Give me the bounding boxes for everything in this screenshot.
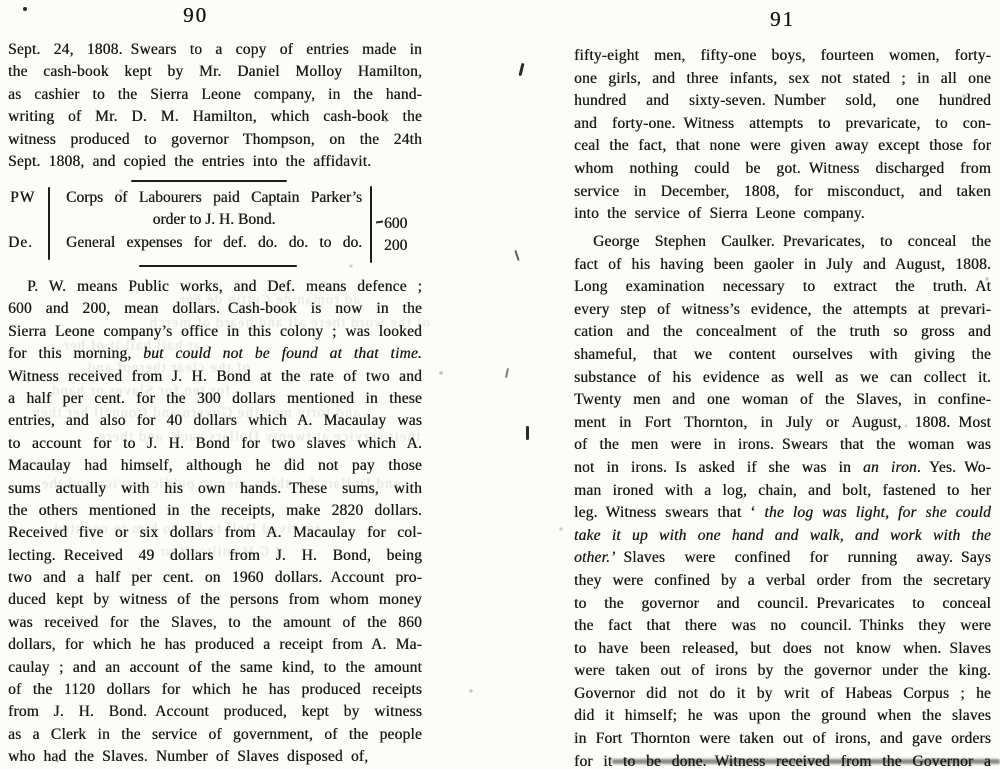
text-line: a half per cent. for the 300 dollars men… <box>8 388 422 410</box>
text-segment: hundred and sixty-seven. Number sold, on… <box>574 92 991 109</box>
text-segment: cation and the concealment of the truth … <box>574 323 991 340</box>
stray-ink-mark <box>518 63 524 76</box>
text-segment: . Yes. Wo- <box>917 459 991 476</box>
text-segment: to the governor and council. Prevaricate… <box>574 595 991 612</box>
text-segment: ment in Fort Thornton, in July or August… <box>574 414 991 431</box>
table-row2-label: De. <box>8 233 33 253</box>
text-segment: as a Clerk in the service of government,… <box>8 726 422 743</box>
table-row1-text-cont: order to J. H. Bond. <box>66 210 362 230</box>
text-segment: 600 and 200, mean dollars. Cash-book is … <box>8 300 422 317</box>
text-line: Governor did not do it by writ of Habeas… <box>574 683 991 706</box>
table-vertical-rule-left <box>48 187 50 260</box>
text-line: ceal the fact, that none were given away… <box>574 135 991 158</box>
text-line: Sierra Leone company’s office in this co… <box>8 321 422 343</box>
text-line: two and a half per cent. on 1960 dollars… <box>8 567 422 589</box>
paper-speckles <box>0 0 2 2</box>
text-line: service in December, 1808, for misconduc… <box>574 181 991 204</box>
text-line: to have been released, but does not know… <box>574 638 991 661</box>
table-vertical-rule-right <box>370 186 372 263</box>
text-segment: the cash-book kept by Mr. Daniel Molloy … <box>8 63 422 80</box>
text-line: fact of his having been gaoler in July a… <box>574 254 991 277</box>
text-line: one girls, and three infants, sex not st… <box>574 68 991 91</box>
text-line: they were confined by a verbal order fro… <box>574 570 991 593</box>
text-line: into the service of Sierra Leone company… <box>574 203 991 226</box>
text-line: from J. H. Bond. Account produced, kept … <box>8 701 422 723</box>
text-line: hundred and sixty-seven. Number sold, on… <box>574 90 991 113</box>
text-line: fifty-eight men, fifty-one boys, fourtee… <box>574 45 991 68</box>
text-segment: caulay ; and an account of the same kind… <box>8 659 422 676</box>
text-line: entries, and also for 40 dollars which A… <box>8 410 422 432</box>
text-segment: the others mentioned in the receipts, ma… <box>8 502 422 519</box>
text-segment: Governor did not do it by writ of Habeas… <box>574 685 991 702</box>
text-segment: as cashier to the Sierra Leone company, … <box>8 86 422 103</box>
text-line: and forty-one. Witness attempts to preva… <box>574 113 991 136</box>
page-90-paragraph-1: Sept. 24, 1808. Swears to a copy of entr… <box>8 39 422 173</box>
text-line: caulay ; and an account of the same kind… <box>8 657 422 679</box>
text-line: take it up with one hand and walk, and w… <box>574 525 991 548</box>
page-91-paragraph-1: fifty-eight men, fifty-one boys, fourtee… <box>574 45 991 226</box>
text-segment: Macaulay had himself, although he did no… <box>8 457 422 474</box>
text-segment: shameful, that we content ourselves with… <box>574 346 991 363</box>
text-line: Sept. 1808, and copied the entries into … <box>8 151 422 173</box>
text-segment: and forty-one. Witness attempts to preva… <box>574 115 991 132</box>
text-segment: Sept. 24, 1808. Swears to a copy of entr… <box>8 41 422 58</box>
table-row1-text: Corps of Labourers paid Captain Parker’s <box>66 188 362 208</box>
text-line: substance of his evidence as well as we … <box>574 367 991 390</box>
text-line: George Stephen Caulker. Prevaricates, to… <box>574 231 991 254</box>
text-line: Sept. 24, 1808. Swears to a copy of entr… <box>8 39 422 61</box>
text-segment: substance of his evidence as well as we … <box>574 369 991 386</box>
text-segment: leg. Witness swears that ‘ <box>574 504 764 521</box>
stray-ink-tick <box>376 221 383 224</box>
text-line: cation and the concealment of the truth … <box>574 321 991 344</box>
text-segment: from J. H. Bond. Account produced, kept … <box>8 703 422 720</box>
text-line: Received five or six dollars from A. Mac… <box>8 522 422 544</box>
text-segment: duced kept by witness of the persons fro… <box>8 591 422 608</box>
text-segment: P. W. means Public works, and Def. means… <box>27 278 422 295</box>
stray-ink-mark <box>526 426 529 440</box>
stray-ink-mark <box>23 7 27 11</box>
text-line: not in irons. Is asked if she was in an … <box>574 457 991 480</box>
text-line: Macaulay had himself, although he did no… <box>8 455 422 477</box>
text-line: duced kept by witness of the persons fro… <box>8 589 422 611</box>
text-segment: other.’ <box>574 549 615 566</box>
text-line: the others mentioned in the receipts, ma… <box>8 500 422 522</box>
text-segment: into the service of Sierra Leone company… <box>574 205 865 222</box>
text-line: writing of Mr. D. M. Hamilton, which cas… <box>8 106 422 128</box>
text-segment: one girls, and three infants, sex not st… <box>574 70 991 87</box>
text-segment: man ironed with a log, chain, and bolt, … <box>574 482 991 499</box>
text-line: man ironed with a log, chain, and bolt, … <box>574 480 991 503</box>
text-segment: Long examination necessary to extract th… <box>574 278 991 295</box>
text-line: sums actually with his own hands. These … <box>8 478 422 500</box>
text-segment: Twenty men and one woman of the Slaves, … <box>574 391 991 408</box>
text-line: 600 and 200, mean dollars. Cash-book is … <box>8 298 422 320</box>
text-line: for this morning, but could not be found… <box>8 343 422 365</box>
text-segment: ceal the fact, that none were given away… <box>574 137 991 154</box>
stray-ink-mark <box>514 250 519 261</box>
table-row2-text: General expenses for def. do. do. to do. <box>66 233 362 253</box>
text-line: to the governor and council. Prevaricate… <box>574 593 991 616</box>
table-rule-bottom <box>139 265 297 267</box>
text-line: P. W. means Public works, and Def. means… <box>8 276 422 298</box>
text-segment: witness produced to governor Thompson, o… <box>8 131 422 148</box>
table-row1-amount: 600 <box>384 214 407 234</box>
text-line: shameful, that we content ourselves with… <box>574 344 991 367</box>
text-line: as a Clerk in the service of government,… <box>8 724 422 746</box>
page-number-left: 90 <box>183 3 208 28</box>
text-segment: entries, and also for 40 dollars which A… <box>8 412 422 429</box>
stray-ink-mark <box>505 368 509 378</box>
text-line: of the 1120 dollars for which he has pro… <box>8 679 422 701</box>
text-line: was received for the Slaves, to the amou… <box>8 612 422 634</box>
text-segment: Slaves were confined for running away. S… <box>615 549 991 566</box>
text-segment: Witness received from J. H. Bond at the … <box>8 368 422 385</box>
text-segment: whom nothing could be got. Witness disch… <box>574 160 991 177</box>
text-segment: writing of Mr. D. M. Hamilton, which cas… <box>8 108 422 125</box>
text-segment: of the men were in irons. Swears that th… <box>574 436 991 453</box>
text-segment: fact of his having been gaoler in July a… <box>574 256 991 273</box>
text-segment: two and a half per cent. on 1960 dollars… <box>8 569 422 586</box>
text-segment: they were confined by a verbal order fro… <box>574 572 991 589</box>
text-segment: sums actually with his own hands. These … <box>8 480 422 497</box>
text-line: Long examination necessary to extract th… <box>574 276 991 299</box>
table-row2-amount: 200 <box>384 236 407 256</box>
text-segment: Sierra Leone company’s office in this co… <box>8 323 422 340</box>
text-line: Twenty men and one woman of the Slaves, … <box>574 389 991 412</box>
text-segment: but could not be found at that time. <box>143 345 422 362</box>
text-line: whom nothing could be got. Witness disch… <box>574 158 991 181</box>
page-91-paragraph-2: George Stephen Caulker. Prevaricates, to… <box>574 231 991 769</box>
scan-smear-artifact <box>612 759 1000 764</box>
text-segment: in Fort Thornton were taken out of irons… <box>574 730 991 747</box>
text-line: of the men were in irons. Swears that th… <box>574 434 991 457</box>
text-segment: were taken out of irons by the governor … <box>574 662 991 679</box>
page-number-right: 91 <box>770 7 795 32</box>
cash-book-table: PW Corps of Labourers paid Captain Parke… <box>8 178 422 278</box>
text-line: were taken out of irons by the governor … <box>574 660 991 683</box>
text-segment: fifty-eight men, fifty-one boys, fourtee… <box>574 47 991 64</box>
text-segment: did it himself; he was upon the ground w… <box>574 707 991 724</box>
text-segment: every step of witness’s evidence, the at… <box>574 301 991 318</box>
text-segment: George Stephen Caulker. Prevaricates, to… <box>593 233 991 250</box>
text-segment: Sept. 1808, and copied the entries into … <box>8 153 371 170</box>
text-line: the cash-book kept by Mr. Daniel Molloy … <box>8 61 422 83</box>
text-line: ment in Fort Thornton, in July or August… <box>574 412 991 435</box>
text-line: to account for to J. H. Bond for two sla… <box>8 433 422 455</box>
text-segment: an iron <box>863 459 917 476</box>
text-line: Witness received from J. H. Bond at the … <box>8 366 422 388</box>
text-segment: to account for to J. H. Bond for two sla… <box>8 435 422 452</box>
text-segment: to have been released, but does not know… <box>574 640 991 657</box>
text-segment: not in irons. Is asked if she was in <box>574 459 863 476</box>
page-90-paragraph-2: P. W. means Public works, and Def. means… <box>8 276 422 769</box>
text-line: as cashier to the Sierra Leone company, … <box>8 84 422 106</box>
text-segment: for this morning, <box>8 345 143 362</box>
text-line: who had the Slaves. Number of Slaves dis… <box>8 746 422 768</box>
text-segment: who had the Slaves. Number of Slaves dis… <box>8 748 368 765</box>
table-rule-top <box>131 180 287 182</box>
book-scan-spread: 90 91 ad roman de Cuttin de herof the wo… <box>0 0 1000 769</box>
text-line: the fact that there was no council. Thin… <box>574 615 991 638</box>
text-segment: the log was light, for she could <box>764 504 991 521</box>
text-line: witness produced to governor Thompson, o… <box>8 129 422 151</box>
text-line: other.’ Slaves were confined for running… <box>574 547 991 570</box>
text-segment: the fact that there was no council. Thin… <box>574 617 991 634</box>
text-segment: take it up with one hand and walk, and w… <box>574 527 991 544</box>
text-segment: was received for the Slaves, to the amou… <box>8 614 422 631</box>
table-row1-label: PW <box>10 188 35 208</box>
text-line: did it himself; he was upon the ground w… <box>574 705 991 728</box>
text-segment: service in December, 1808, for misconduc… <box>574 183 991 200</box>
text-line: lecting. Received 49 dollars from J. H. … <box>8 545 422 567</box>
text-segment: of the 1120 dollars for which he has pro… <box>8 681 422 698</box>
text-segment: dollars, for which he has produced a rec… <box>8 636 422 653</box>
text-line: every step of witness’s evidence, the at… <box>574 299 991 322</box>
text-segment: lecting. Received 49 dollars from J. H. … <box>8 547 422 564</box>
text-line: in Fort Thornton were taken out of irons… <box>574 728 991 751</box>
text-line: dollars, for which he has produced a rec… <box>8 634 422 656</box>
text-segment: a half per cent. for the 300 dollars men… <box>8 390 422 407</box>
text-line: leg. Witness swears that ‘ the log was l… <box>574 502 991 525</box>
text-segment: Received five or six dollars from A. Mac… <box>8 524 422 541</box>
